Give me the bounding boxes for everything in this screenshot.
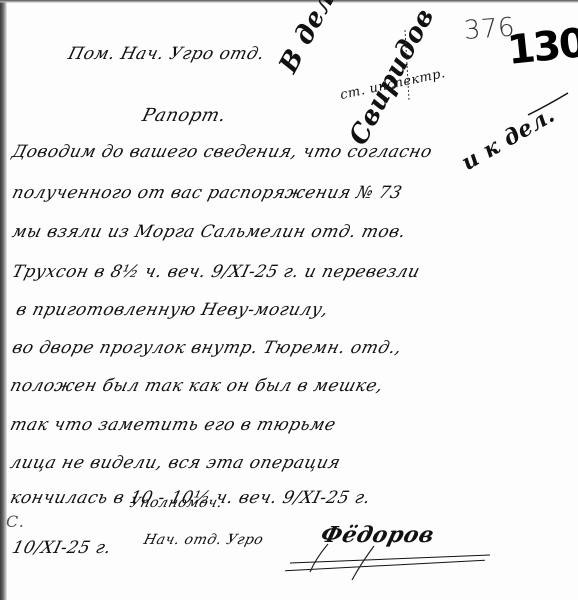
document-page: Пом. Нач. Угро отд. 376 130 В дело ст. и… [0,0,578,600]
handwriting-strokes [0,0,578,600]
